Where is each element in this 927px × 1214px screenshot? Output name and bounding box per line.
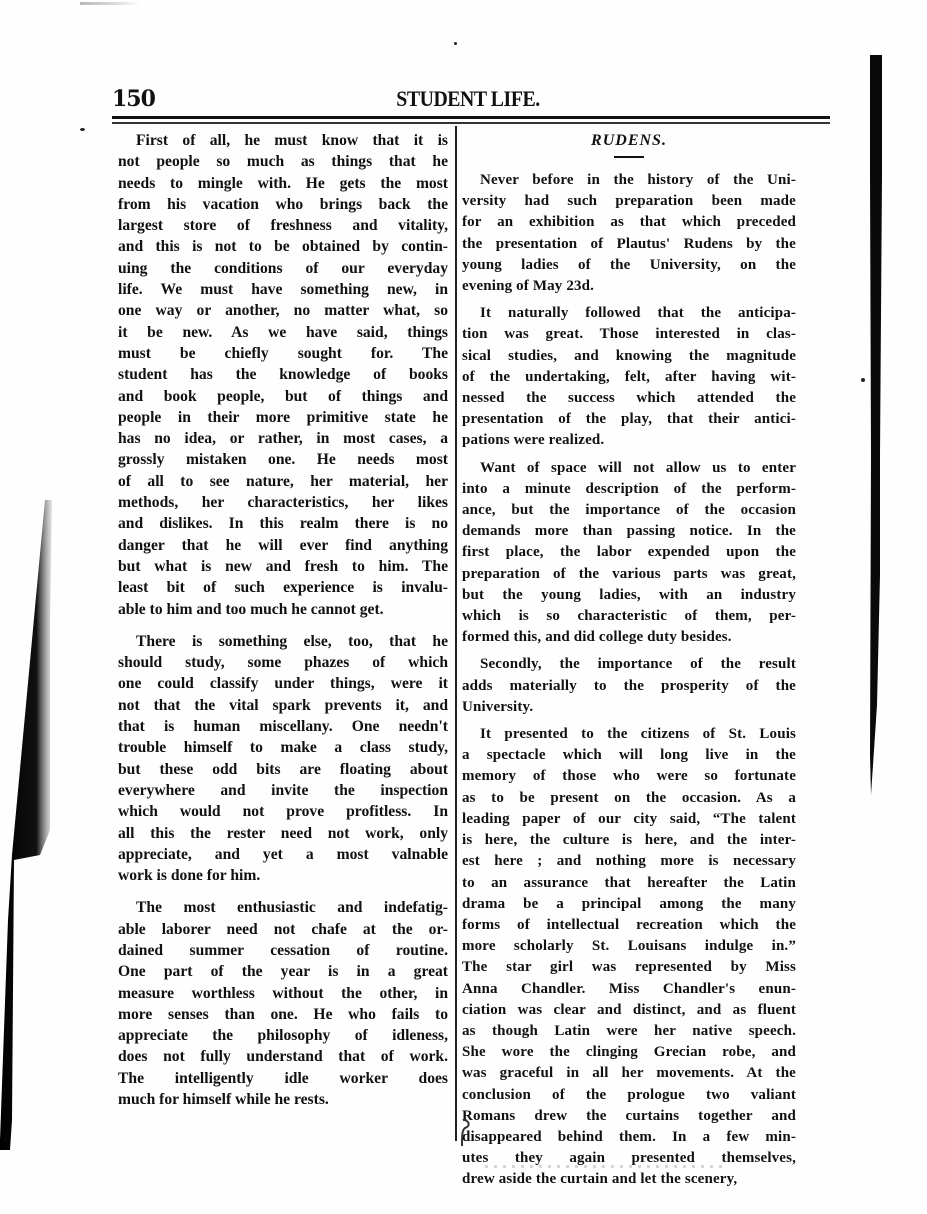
text-line: One part of the year is in a great bbox=[118, 961, 448, 982]
text-line: first place, the labor expended upon the bbox=[462, 542, 796, 563]
right-column: RUDENS. Never before in the history of t… bbox=[462, 130, 796, 1191]
text-line: young ladies of the University, on the bbox=[462, 255, 796, 276]
text-line: pations were realized. bbox=[462, 430, 796, 451]
text-line: appreciate, and yet a most valnable bbox=[118, 844, 448, 865]
text-line: disappeared behind them. In a few min- bbox=[462, 1127, 796, 1148]
text-line: needs to mingle with. He gets the most bbox=[118, 173, 448, 194]
text-line: demands more than passing notice. In the bbox=[462, 521, 796, 542]
text-line: danger that he will ever find anything bbox=[118, 535, 448, 556]
text-line: into a minute description of the perform… bbox=[462, 479, 796, 500]
text-line: Want of space will not allow us to enter bbox=[462, 458, 796, 479]
text-line: should study, some phazes of which bbox=[118, 652, 448, 673]
text-line: and dislikes. In this realm there is no bbox=[118, 513, 448, 534]
text-line: not that the vital spark prevents it, an… bbox=[118, 695, 448, 716]
text-line: tion was great. Those interested in clas… bbox=[462, 324, 796, 345]
text-line: versity had such preparation been made bbox=[462, 191, 796, 212]
text-line: more senses than one. He who fails to bbox=[118, 1004, 448, 1025]
left-column: First of all, he must know that it isnot… bbox=[118, 130, 448, 1110]
text-line: least bit of such experience is invalu- bbox=[118, 577, 448, 598]
text-line: but what is new and fresh to him. The bbox=[118, 556, 448, 577]
text-line: preparation of the various parts was gre… bbox=[462, 564, 796, 585]
text-line: presentation of the play, that their ant… bbox=[462, 409, 796, 430]
text-line: life. We must have something new, in bbox=[118, 279, 448, 300]
text-line: Never before in the history of the Uni- bbox=[462, 170, 796, 191]
text-line: and book people, but of things and bbox=[118, 386, 448, 407]
text-line: has no idea, or rather, in most cases, a bbox=[118, 428, 448, 449]
scan-speck bbox=[861, 378, 865, 382]
text-line: There is something else, too, that he bbox=[118, 631, 448, 652]
text-line: ance, but the importance of the occasion bbox=[462, 500, 796, 521]
text-line: est here ; and nothing more is necessary bbox=[462, 851, 796, 872]
text-line: people in their more primitive state he bbox=[118, 407, 448, 428]
text-line: Anna Chandler. Miss Chandler's enun- bbox=[462, 979, 796, 1000]
paragraph: First of all, he must know that it isnot… bbox=[118, 130, 448, 620]
paragraph-gap bbox=[118, 886, 448, 897]
paragraph: It presented to the citizens of St. Loui… bbox=[462, 724, 796, 1190]
text-line: leading paper of our city said, “The tal… bbox=[462, 809, 796, 830]
text-line: drama be a principal among the many bbox=[462, 894, 796, 915]
text-line: which would not prove profitless. In bbox=[118, 801, 448, 822]
text-line: It naturally followed that the anticipa- bbox=[462, 303, 796, 324]
text-line: measure worthless without the other, in bbox=[118, 983, 448, 1004]
paragraph: There is something else, too, that hesho… bbox=[118, 631, 448, 887]
text-line: that is human miscellany. One needn't bbox=[118, 716, 448, 737]
text-line: but these odd bits are floating about bbox=[118, 759, 448, 780]
text-line: which is so characteristic of them, per- bbox=[462, 606, 796, 627]
paragraph: Never before in the history of the Uni-v… bbox=[462, 170, 796, 297]
text-line: conclusion of the prologue two valiant bbox=[462, 1085, 796, 1106]
text-line: was graceful in all her movements. At th… bbox=[462, 1063, 796, 1084]
scanned-page: 150 STUDENT LIFE. First of all, he must … bbox=[0, 0, 927, 1214]
header-rule bbox=[112, 116, 830, 119]
text-line: does not fully understand that of work. bbox=[118, 1046, 448, 1067]
title-dash bbox=[614, 156, 644, 158]
text-line: memory of those who were so fortunate bbox=[462, 766, 796, 787]
header-rule-secondary bbox=[112, 122, 830, 124]
text-line: Romans drew the curtains together and bbox=[462, 1106, 796, 1127]
paragraph: Want of space will not allow us to enter… bbox=[462, 458, 796, 649]
text-line: as though Latin were her native speech. bbox=[462, 1021, 796, 1042]
text-line: one could classify under things, were it bbox=[118, 673, 448, 694]
paragraph-gap bbox=[118, 620, 448, 631]
text-line: one way or another, no matter what, so bbox=[118, 300, 448, 321]
text-line: trouble himself to make a class study, bbox=[118, 737, 448, 758]
text-line: of all to see nature, her material, her bbox=[118, 471, 448, 492]
text-line: ciation was clear and distinct, and as f… bbox=[462, 1000, 796, 1021]
scan-speck bbox=[454, 42, 457, 45]
text-line: everywhere and invite the inspection bbox=[118, 780, 448, 801]
paragraph: The most enthusiastic and indefatig-able… bbox=[118, 897, 448, 1110]
text-line: University. bbox=[462, 697, 796, 718]
text-line: must be chiefly sought for. The bbox=[118, 343, 448, 364]
text-line: nessed the success which attended the bbox=[462, 388, 796, 409]
scan-noise bbox=[485, 1165, 725, 1168]
text-line: It presented to the citizens of St. Loui… bbox=[462, 724, 796, 745]
text-line: of the undertaking, felt, after having w… bbox=[462, 367, 796, 388]
ink-mark bbox=[459, 1118, 473, 1148]
text-line: largest store of freshness and vitality, bbox=[118, 215, 448, 236]
paragraph: Secondly, the importance of the resultad… bbox=[462, 654, 796, 718]
text-line: and this is not to be obtained by contin… bbox=[118, 236, 448, 257]
text-line: forms of intellectual recreation which t… bbox=[462, 915, 796, 936]
right-edge-bar bbox=[868, 55, 886, 795]
text-line: First of all, he must know that it is bbox=[118, 130, 448, 151]
text-line: The star girl was represented by Miss bbox=[462, 957, 796, 978]
text-line: able to him and too much he cannot get. bbox=[118, 599, 448, 620]
running-head: STUDENT LIFE. bbox=[46, 86, 880, 112]
text-line: but the young ladies, with an industry bbox=[462, 585, 796, 606]
text-line: appreciate the philosophy of idleness, bbox=[118, 1025, 448, 1046]
text-line: The intelligently idle worker does bbox=[118, 1068, 448, 1089]
text-line: from his vacation who brings back the bbox=[118, 194, 448, 215]
text-line: able laborer need not chafe at the or- bbox=[118, 919, 448, 940]
text-line: sical studies, and knowing the magnitude bbox=[462, 346, 796, 367]
text-line: a spectacle which will long live in the bbox=[462, 745, 796, 766]
text-line: student has the knowledge of books bbox=[118, 364, 448, 385]
scan-smudge bbox=[80, 2, 140, 5]
text-line: more scholarly St. Louisans indulge in.” bbox=[462, 936, 796, 957]
text-line: to an assurance that hereafter the Latin bbox=[462, 873, 796, 894]
text-line: as to be present on the occasion. As a bbox=[462, 788, 796, 809]
text-line: uing the conditions of our everyday bbox=[118, 258, 448, 279]
text-line: She wore the clinging Grecian robe, and bbox=[462, 1042, 796, 1063]
text-line: formed this, and did college duty beside… bbox=[462, 627, 796, 648]
text-line: grossly mistaken one. He needs most bbox=[118, 449, 448, 470]
binding-shadow bbox=[0, 500, 60, 1160]
article-title: RUDENS. bbox=[462, 130, 796, 152]
text-line: for an exhibition as that which preceded bbox=[462, 212, 796, 233]
article-body: Never before in the history of the Uni-v… bbox=[462, 170, 796, 1191]
scan-speck bbox=[80, 128, 85, 131]
text-line: all this the rester need not work, only bbox=[118, 823, 448, 844]
text-line: is here, the culture is here, and the in… bbox=[462, 830, 796, 851]
column-divider bbox=[455, 126, 457, 1141]
text-line: dained summer cessation of routine. bbox=[118, 940, 448, 961]
text-line: adds materially to the prosperity of the bbox=[462, 676, 796, 697]
text-line: drew aside the curtain and let the scene… bbox=[462, 1169, 796, 1190]
text-line: The most enthusiastic and indefatig- bbox=[118, 897, 448, 918]
text-line: evening of May 23d. bbox=[462, 276, 796, 297]
text-line: methods, her characteristics, her likes bbox=[118, 492, 448, 513]
text-line: the presentation of Plautus' Rudens by t… bbox=[462, 234, 796, 255]
text-line: not people so much as things that he bbox=[118, 151, 448, 172]
text-line: Secondly, the importance of the result bbox=[462, 654, 796, 675]
text-line: work is done for him. bbox=[118, 865, 448, 886]
text-line: much for himself while he rests. bbox=[118, 1089, 448, 1110]
text-line: it be new. As we have said, things bbox=[118, 322, 448, 343]
paragraph: It naturally followed that the anticipa-… bbox=[462, 303, 796, 451]
